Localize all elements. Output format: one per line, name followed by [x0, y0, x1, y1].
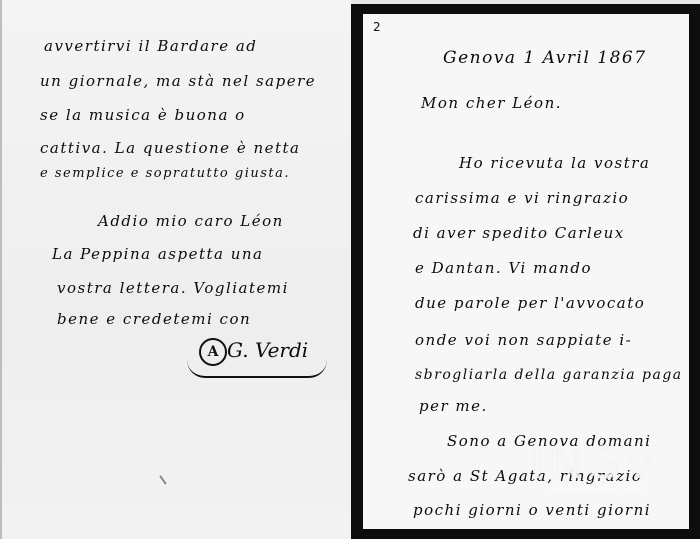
letter-line: carissima e vi ringrazio [415, 189, 629, 207]
right-page-frame: 2 Genova 1 Avril 1867 Mon cher Léon. Ho … [351, 0, 700, 539]
page-number: 2 [373, 20, 381, 34]
letter-date-line: Genova 1 Avril 1867 [443, 48, 647, 68]
letter-line: pochi giorni o venti giorni [413, 501, 651, 519]
letter-line: cattiva. La questione è netta [40, 139, 301, 157]
letter-line: bene e credetemi con [57, 310, 251, 328]
letter-line: di aver spedito Carleux [413, 224, 625, 242]
letter-line: La Peppina aspetta una [52, 245, 264, 263]
signature: A G. Verdi [187, 330, 327, 380]
letter-line: avvertirvi il Bardare ad [44, 37, 257, 55]
letter-line: e Dantan. Vi mando [415, 259, 592, 277]
letter-line: sbrogliarla della garanzia paga [415, 367, 683, 383]
letter-line: un giornale, ma stà nel sapere [40, 72, 316, 90]
signature-text: G. Verdi [227, 338, 308, 362]
frame-top-edge [351, 0, 700, 4]
letter-line: se la musica è buona o [40, 106, 246, 124]
watermark-caption: Istituto Nazionale di Studi Verdiani [521, 484, 671, 494]
letter-line: due parole per l'avvocato [415, 294, 645, 312]
letter-salutation: Mon cher Léon. [421, 94, 562, 112]
letter-line: Addio mio caro Léon [98, 212, 284, 230]
letter-line: per me. [419, 397, 488, 415]
letter-line: e semplice e sopratutto giusta. [40, 166, 290, 181]
letter-line: sarò a St Agata, ringrazio [408, 467, 642, 485]
signature-flourish [187, 360, 327, 378]
left-page: avvertirvi il Bardare ad un giornale, ma… [0, 0, 352, 539]
letter-line: vostra lettera. Vogliatemi [57, 279, 289, 297]
letter-line: Sono a Genova domani [447, 432, 651, 450]
letter-line: onde voi non sappiate i- [415, 331, 632, 349]
right-page: 2 Genova 1 Avril 1867 Mon cher Léon. Ho … [363, 14, 689, 529]
letter-line: Ho ricevuta la vostra [459, 154, 650, 172]
paper-speck [159, 475, 166, 484]
